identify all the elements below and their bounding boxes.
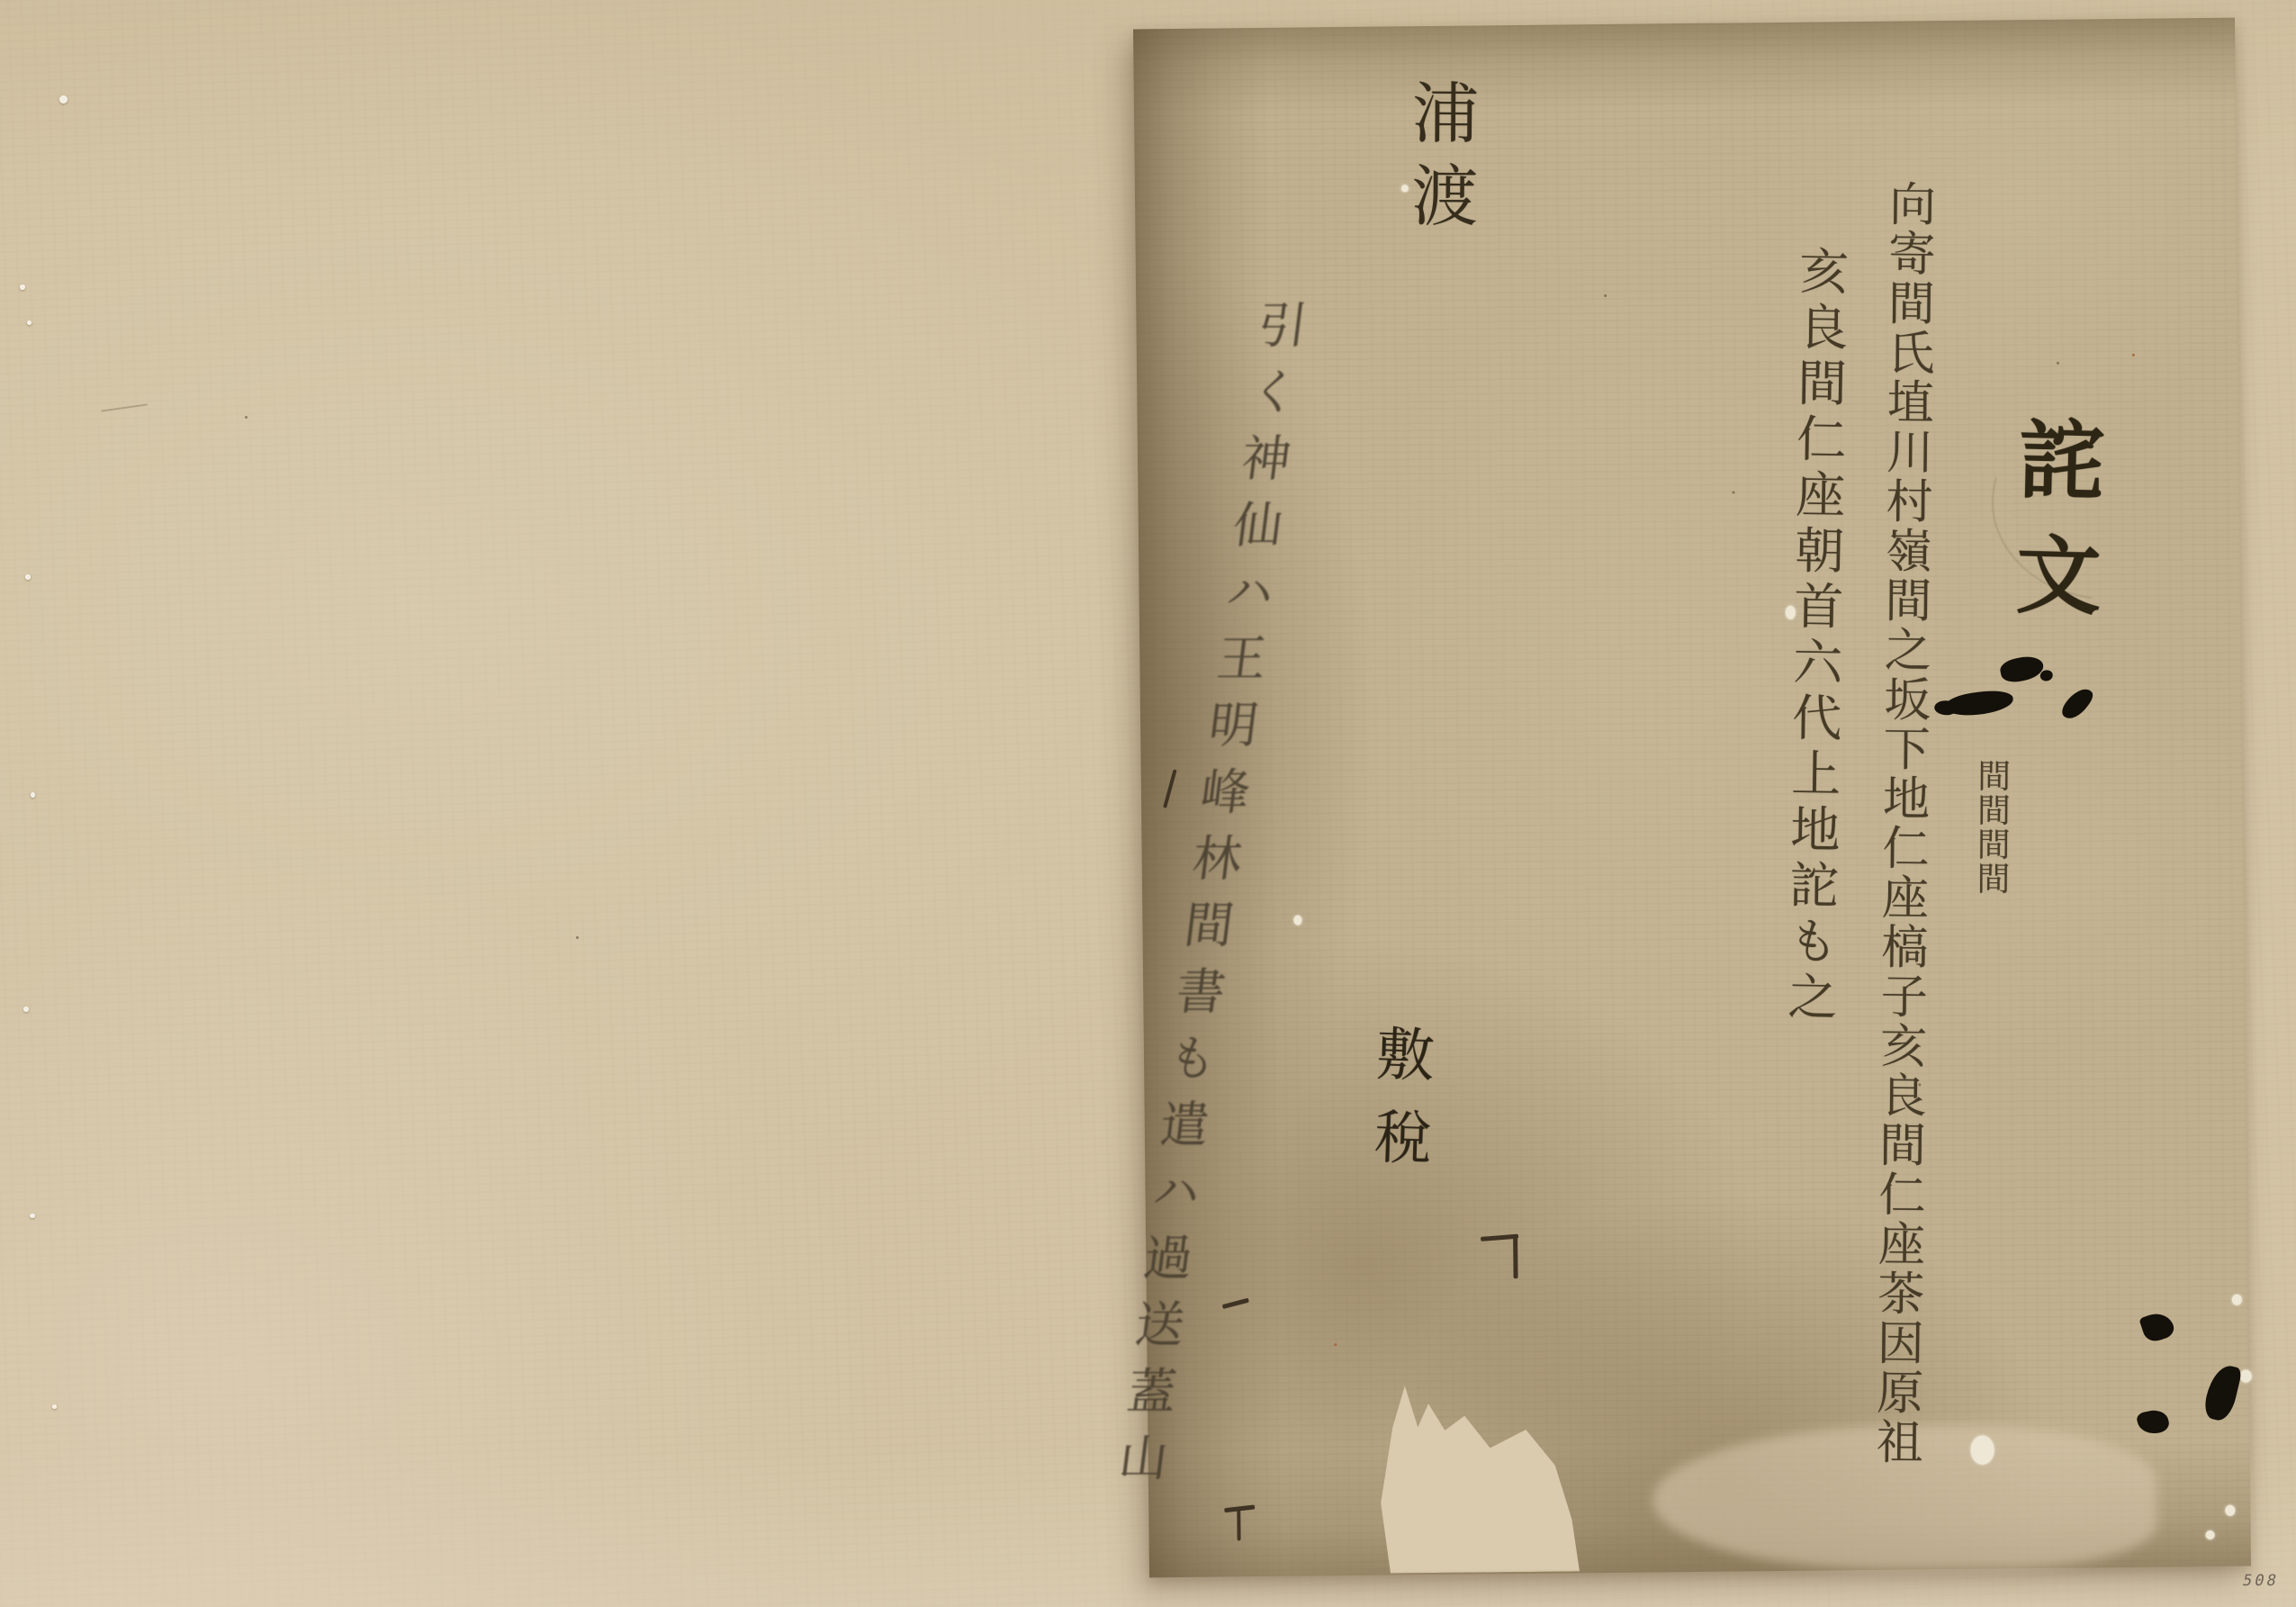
paper-hole [30,1214,35,1218]
ink-blot [2136,1407,2171,1437]
side-annotation-text: 敷稅 [1355,1023,1443,1191]
pen-corner-mark [1513,1235,1518,1278]
paper-speck [576,936,579,939]
paper-hole [31,792,35,798]
paper-hole [23,1007,29,1012]
manuscript-page: 浦渡 詫文 向寄間氏埴川村嶺間之坂下地仁座槁子亥良間仁座茶因原祖 亥良間仁座朝首… [1133,18,2251,1578]
paper-hole [52,1404,57,1409]
paper-hole [20,284,25,290]
ink-blot [2201,1362,2242,1423]
scanned-manuscript-folio: 浦渡 詫文 向寄間氏埴川村嶺間之坂下地仁座槁子亥良間仁座茶因原祖 亥良間仁座朝首… [0,0,2296,1607]
document-title-text: 詫文 [1989,414,2116,647]
paper-speck [245,416,248,419]
paper-tear-patch [1363,1312,1599,1575]
main-text-column-1: 向寄間氏埴川村嶺間之坂下地仁座槁子亥良間仁座茶因原祖 [1861,179,1942,1467]
ink-blot [1944,689,2014,718]
ink-blot [2138,1309,2176,1344]
paper-hole [27,320,32,325]
interlinear-small-column: 間間間間 [1966,758,2015,895]
ink-speck [2057,362,2059,365]
main-text-column-2: 亥良間仁座朝首六代上地詑も之 [1773,245,1857,1027]
rust-speck [1334,1343,1337,1346]
cover-label-text: 浦渡 [1391,78,1488,245]
page-surface: 浦渡 詫文 向寄間氏埴川村嶺間之坂下地仁座槁子亥良間仁座茶因原祖 亥良間仁座朝首… [1133,18,2251,1578]
edge-glint [2225,1505,2235,1516]
ink-blot [1998,653,2046,685]
edge-glint [2206,1530,2215,1539]
rust-speck [2132,354,2135,357]
edge-glint [2240,1370,2252,1383]
ink-speck [1732,491,1734,493]
paper-fiber-mark [101,403,148,411]
pen-mark [1237,1510,1240,1540]
edge-glint [2232,1295,2242,1305]
white-fleck [1293,916,1301,925]
catalog-number: 508 [2241,1572,2281,1590]
pen-tick-mark [1163,769,1177,808]
paper-hole [59,95,68,104]
ink-blot [2058,683,2095,724]
pen-dash-mark [1222,1298,1249,1309]
white-fleck [1970,1436,1994,1465]
ink-speck [1604,294,1607,297]
paper-hole [25,574,31,580]
